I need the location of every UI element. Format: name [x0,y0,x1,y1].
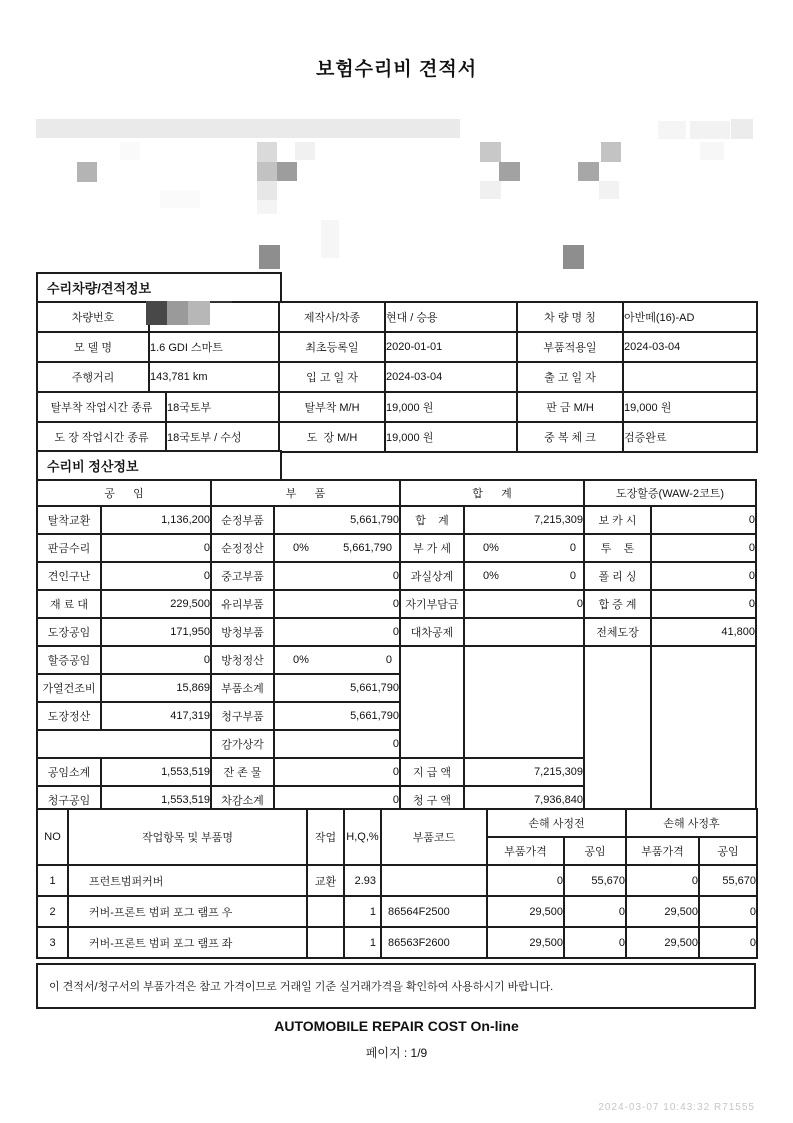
row-value: 0 [651,562,756,590]
table-row: 판금수리 0 순정정산 0%5,661,790 부 가 세 0%0 투 톤 0 [37,534,756,562]
table-row: 공 임 부 품 합 계 도장할증(WAW-2코트) [37,480,756,506]
item-before-part: 0 [487,865,564,896]
table-row: 차량번호 제작사/차종 현대 / 승용 차 량 명 칭 아반떼(16)-AD [37,302,757,332]
row-label: 방청정산 [211,646,274,674]
col-header-before: 손해 사정전 [487,809,626,837]
redaction-block [578,162,599,181]
price-notice-box: 이 견적서/청구서의 부품가격은 참고 가격이므로 거래일 기준 실거래가격을 … [36,963,756,1009]
col-header-code: 부품코드 [381,809,487,865]
field-label: 부품적용일 [517,332,623,362]
field-label: 차 량 명 칭 [517,302,623,332]
row-label: 잔 존 물 [211,758,274,786]
col-header-labor: 공임 [699,837,757,865]
row-value: 229,500 [101,590,211,618]
row-value: 0 [274,730,400,758]
field-label: 모 델 명 [37,332,149,362]
row-label: 도장정산 [37,702,101,730]
row-label: 탈착교환 [37,506,101,534]
amount: 0 [570,542,576,554]
row-value: 171,950 [101,618,211,646]
section-title: 수리비 정산정보 [47,456,139,475]
percent: 0% [293,542,309,554]
row-label: 감가상각 [211,730,274,758]
item-code: 86564F2500 [381,896,487,927]
notice-text: 이 견적서/청구서의 부품가격은 참고 가격이므로 거래일 기준 실거래가격을 … [49,978,553,994]
field-label: 최초등록일 [279,332,385,362]
row-value: 0 [464,590,584,618]
redaction-block [160,190,200,208]
redaction-block [188,301,210,325]
row-label: 합 증 계 [584,590,651,618]
row-value: 0 [274,618,400,646]
redaction-block [277,162,297,181]
redaction-block [321,220,339,258]
item-hq: 1 [344,927,381,958]
item-hq: 2.93 [344,865,381,896]
page-title: 보험수리비 견적서 [0,54,793,81]
redaction-block [36,119,460,138]
field-value: 19,000 원 [385,422,517,452]
item-row: 2 커버-프론트 범퍼 포그 램프 우 1 86564F2500 29,500 … [37,896,757,927]
amount: 5,661,790 [343,542,392,554]
row-value: 0 [274,562,400,590]
item-code: 86563F2600 [381,927,487,958]
field-value: 19,000 원 [623,392,757,422]
row-value: 5,661,790 [274,506,400,534]
field-label: 차량번호 [37,302,149,332]
table-row: 모 델 명 1.6 GDI 스마트 최초등록일 2020-01-01 부품적용일… [37,332,757,362]
row-label: 청구부품 [211,702,274,730]
field-label: 도 장 M/H [279,422,385,452]
field-value: 19,000 원 [385,392,517,422]
amount: 0 [386,654,392,666]
empty-cell [651,646,756,814]
table-row: 견인구난 0 중고부품 0 과실상계 0%0 폴 리 싱 0 [37,562,756,590]
table-row: 주행거리 143,781 km 입 고 일 자 2024-03-04 출 고 일… [37,362,757,392]
field-label: 중 복 체 크 [517,422,623,452]
row-label: 가열건조비 [37,674,101,702]
section-title: 수리차량/견적정보 [47,278,151,297]
row-label: 중고부품 [211,562,274,590]
row-value: 0%5,661,790 [274,534,400,562]
row-value: 0 [101,562,211,590]
field-label: 입 고 일 자 [279,362,385,392]
item-code [381,865,487,896]
item-name: 커버-프론트 범퍼 포그 램프 좌 [68,927,307,958]
item-after-labor: 55,670 [699,865,757,896]
row-value: 0%0 [464,534,584,562]
row-label: 할증공임 [37,646,101,674]
row-label: 방청부품 [211,618,274,646]
col-header-hq: H,Q,% [344,809,381,865]
item-no: 2 [37,896,68,927]
redaction-block [295,142,315,160]
field-value: 아반떼(16)-AD [623,302,757,332]
row-label: 판금수리 [37,534,101,562]
row-label: 투 톤 [584,534,651,562]
field-value: 2020-01-01 [385,332,517,362]
row-label: 견인구난 [37,562,101,590]
item-no: 1 [37,865,68,896]
row-label: 공임소계 [37,758,101,786]
brand-line: AUTOMOBILE REPAIR COST On-line [0,1018,793,1034]
amount: 0 [570,570,576,582]
row-value: 41,800 [651,618,756,646]
redaction-block [480,181,501,199]
col-header-work: 작업 [307,809,344,865]
redaction-block [690,121,730,139]
row-label: 대차공제 [400,618,464,646]
col-header-labor: 공임 [564,837,626,865]
item-work [307,927,344,958]
table-row: 할증공임 0 방청정산 0%0 [37,646,756,674]
settlement-section-header: 수리비 정산정보 [36,450,282,481]
item-row: 1 프런트범퍼커버 교환 2.93 0 55,670 0 55,670 [37,865,757,896]
row-value [464,618,584,646]
redaction-block [563,245,584,269]
table-row: 도 장 작업시간 종류 18국토부 / 수성 도 장 M/H 19,000 원 … [37,422,757,452]
item-name: 커버-프론트 범퍼 포그 램프 우 [68,896,307,927]
item-after-part: 29,500 [626,896,699,927]
col-header-after: 손해 사정후 [626,809,757,837]
row-label: 합 계 [400,506,464,534]
row-label: 부품소계 [211,674,274,702]
row-value: 5,661,790 [274,674,400,702]
col-header-name: 작업항목 및 부품명 [68,809,307,865]
print-timestamp: 2024-03-07 10:43:32 R71555 [598,1102,755,1113]
field-label: 판 금 M/H [517,392,623,422]
field-label: 탈부착 M/H [279,392,385,422]
row-value: 0 [274,758,400,786]
vehicle-info-table: 차량번호 제작사/차종 현대 / 승용 차 량 명 칭 아반떼(16)-AD 모… [36,301,758,453]
vehicle-section-header: 수리차량/견적정보 [36,272,282,303]
item-after-labor: 0 [699,896,757,927]
field-value: 2024-03-04 [385,362,517,392]
redaction-block [257,142,277,162]
redaction-block [259,245,280,269]
redaction-block [257,181,277,200]
field-label: 제작사/차종 [279,302,385,332]
row-value: 0%0 [274,646,400,674]
row-value: 7,215,309 [464,758,584,786]
table-row: 탈부착 작업시간 종류 18국토부 탈부착 M/H 19,000 원 판 금 M… [37,392,757,422]
row-value: 0 [274,590,400,618]
field-label: 주행거리 [37,362,149,392]
group-header-labor: 공 임 [37,480,211,506]
row-value: 0 [101,534,211,562]
empty-cell [584,646,651,814]
item-after-part: 0 [626,865,699,896]
redaction-block [499,162,520,181]
redaction-block [257,162,277,181]
percent: 0% [483,570,499,582]
row-label: 순정정산 [211,534,274,562]
row-label: 도장공임 [37,618,101,646]
table-row: 탈착교환 1,136,200 순정부품 5,661,790 합 계 7,215,… [37,506,756,534]
row-label: 과실상계 [400,562,464,590]
document-page: 보험수리비 견적서 수리차량/견적정보 [0,0,793,1123]
row-value: 1,553,519 [101,758,211,786]
percent: 0% [483,542,499,554]
field-value: 18국토부 [166,392,279,422]
row-label: 지 급 액 [400,758,464,786]
item-work: 교환 [307,865,344,896]
row-value: 0 [651,506,756,534]
row-value: 0 [651,534,756,562]
page-number: 페이지 : 1/9 [0,1044,793,1061]
row-label: 재 료 대 [37,590,101,618]
redaction-block [77,162,97,182]
redaction-block [120,142,140,160]
field-value: 143,781 km [149,362,279,392]
field-label: 출 고 일 자 [517,362,623,392]
field-value: 18국토부 / 수성 [166,422,279,452]
item-before-labor: 55,670 [564,865,626,896]
redaction-block [658,121,686,139]
item-row: 3 커버-프론트 범퍼 포그 램프 좌 1 86563F2600 29,500 … [37,927,757,958]
redaction-block [210,301,232,303]
redaction-block [480,142,501,162]
empty-cell [400,646,464,758]
item-before-part: 29,500 [487,927,564,958]
redaction-block [257,200,277,214]
row-label: 폴 리 싱 [584,562,651,590]
table-row: NO 작업항목 및 부품명 작업 H,Q,% 부품코드 손해 사정전 손해 사정… [37,809,757,837]
item-after-labor: 0 [699,927,757,958]
row-label: 전체도장 [584,618,651,646]
settlement-table: 공 임 부 품 합 계 도장할증(WAW-2코트) 탈착교환 1,136,200… [36,479,757,815]
group-header-paint: 도장할증(WAW-2코트) [584,480,756,506]
row-value: 417,319 [101,702,211,730]
item-before-labor: 0 [564,927,626,958]
group-header-parts: 부 품 [211,480,400,506]
row-value: 5,661,790 [274,702,400,730]
row-label: 부 가 세 [400,534,464,562]
row-value: 0%0 [464,562,584,590]
col-header-part-price: 부품가격 [626,837,699,865]
table-row: 재 료 대 229,500 유리부품 0 자기부담금 0 합 증 계 0 [37,590,756,618]
item-work [307,896,344,927]
redaction-block [146,301,167,325]
empty-cell [464,646,584,758]
row-label: 보 카 시 [584,506,651,534]
redaction-block [601,142,621,162]
percent: 0% [293,654,309,666]
table-row: 도장공임 171,950 방청부품 0 대차공제 전체도장 41,800 [37,618,756,646]
field-value: 2024-03-04 [623,332,757,362]
row-label: 유리부품 [211,590,274,618]
field-value: 검증완료 [623,422,757,452]
redaction-block [731,119,753,139]
field-value: 현대 / 승용 [385,302,517,332]
work-items-table: NO 작업항목 및 부품명 작업 H,Q,% 부품코드 손해 사정전 손해 사정… [36,808,758,959]
item-before-labor: 0 [564,896,626,927]
redaction-block [167,301,188,325]
row-label: 자기부담금 [400,590,464,618]
item-name: 프런트범퍼커버 [68,865,307,896]
redaction-block [599,181,619,199]
row-value: 1,136,200 [101,506,211,534]
field-label: 도 장 작업시간 종류 [37,422,166,452]
item-after-part: 29,500 [626,927,699,958]
item-hq: 1 [344,896,381,927]
field-value [623,362,757,392]
empty-cell [37,730,211,758]
field-label: 탈부착 작업시간 종류 [37,392,166,422]
group-header-total: 합 계 [400,480,584,506]
item-no: 3 [37,927,68,958]
row-value: 7,215,309 [464,506,584,534]
row-value: 0 [651,590,756,618]
col-header-no: NO [37,809,68,865]
item-before-part: 29,500 [487,896,564,927]
col-header-part-price: 부품가격 [487,837,564,865]
row-value: 0 [101,646,211,674]
redaction-block [700,142,724,160]
row-value: 15,869 [101,674,211,702]
field-value: 1.6 GDI 스마트 [149,332,279,362]
row-label: 순정부품 [211,506,274,534]
